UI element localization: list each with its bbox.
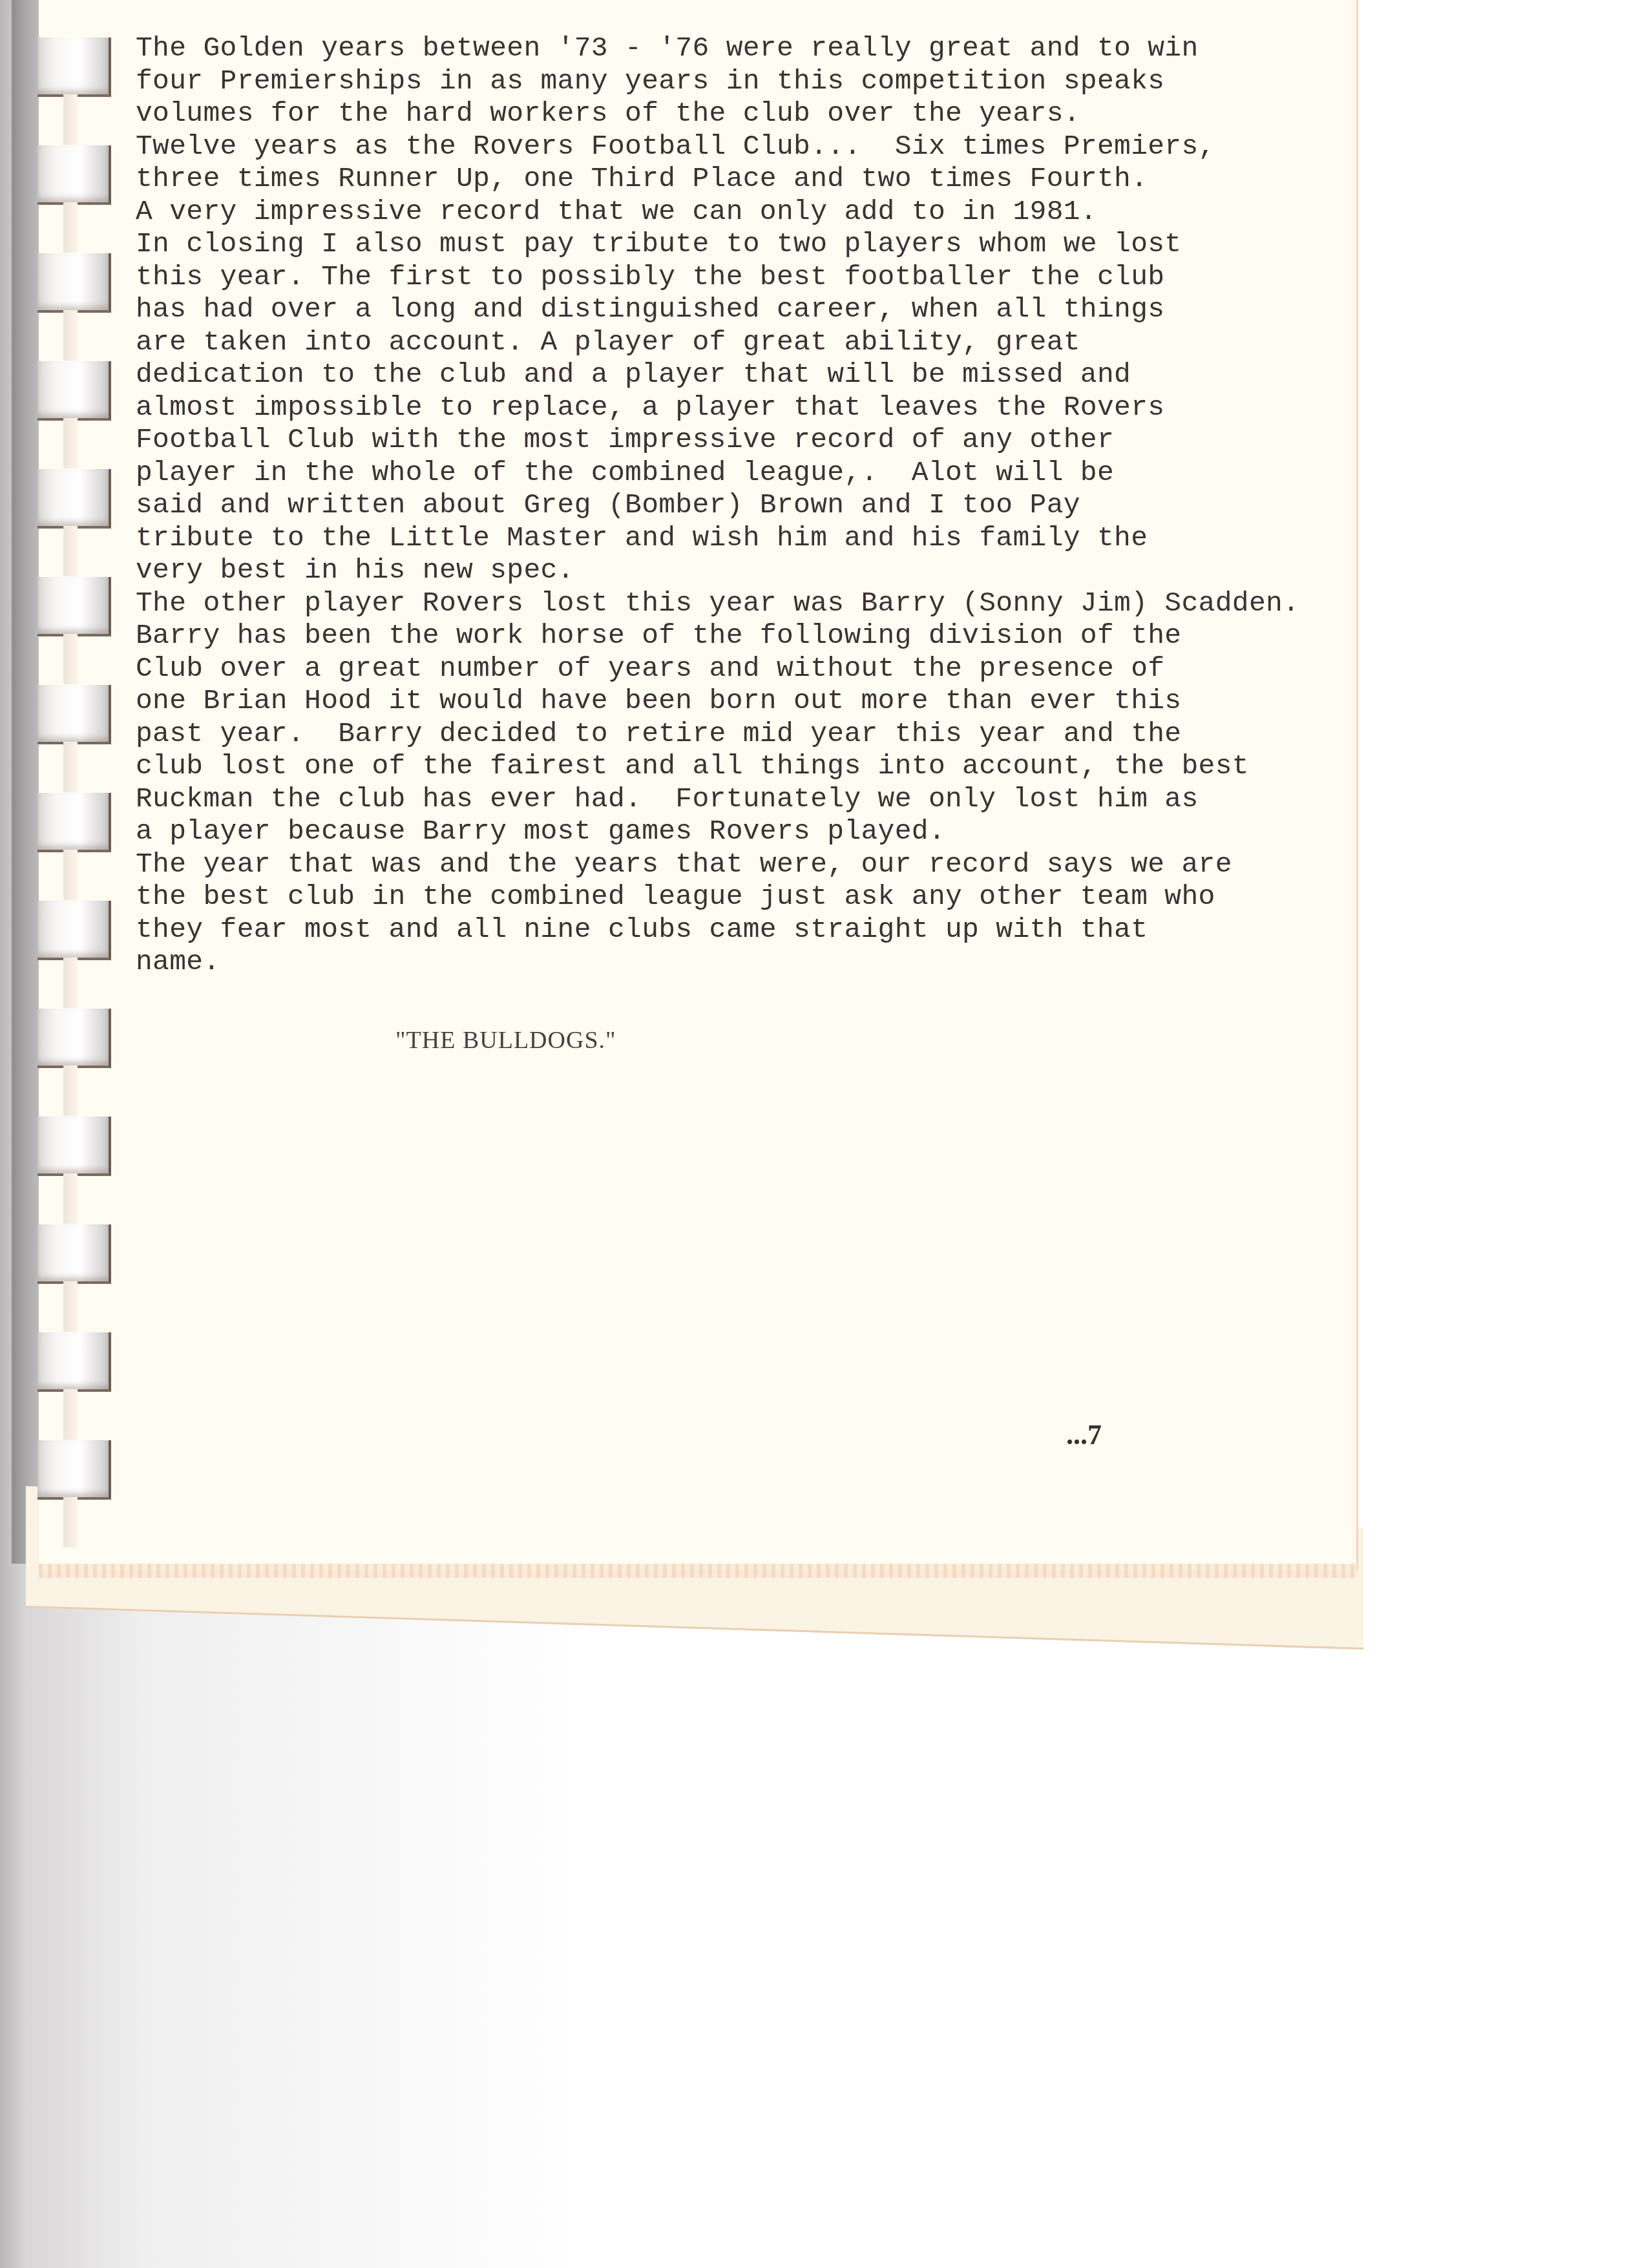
signoff: "THE BULLDOGS." xyxy=(395,1026,616,1055)
binding-tab-icon xyxy=(37,145,111,205)
text-line: very best in his new spec. xyxy=(136,554,1363,587)
comb-binding xyxy=(0,0,129,1577)
binding-tab-icon xyxy=(37,901,111,960)
text-line: dedication to the club and a player that… xyxy=(136,359,1363,392)
text-line: The year that was and the years that wer… xyxy=(136,848,1363,881)
text-line: said and written about Greg (Bomber) Bro… xyxy=(136,489,1363,522)
text-line: Twelve years as the Rovers Football Club… xyxy=(136,131,1363,163)
binding-tab-icon xyxy=(37,1440,111,1500)
binding-tab-icon xyxy=(37,1117,111,1176)
text-line: a player because Barry most games Rovers… xyxy=(136,815,1363,848)
binding-tab-icon xyxy=(37,1332,111,1392)
binding-tab-icon xyxy=(37,469,111,529)
text-line: Football Club with the most impressive r… xyxy=(136,424,1363,457)
text-line: Barry has been the work horse of the fol… xyxy=(136,620,1363,653)
page-bottom-edge xyxy=(39,1564,1357,1578)
text-line: are taken into account. A player of grea… xyxy=(136,326,1363,359)
text-line: almost impossible to replace, a player t… xyxy=(136,392,1363,425)
text-line: The Golden years between '73 - '76 were … xyxy=(136,32,1363,65)
text-line: one Brian Hood it would have been born o… xyxy=(136,685,1363,718)
text-line: past year. Barry decided to retire mid y… xyxy=(136,718,1363,751)
binding-tab-icon xyxy=(37,1009,111,1068)
text-line: the best club in the combined league jus… xyxy=(136,881,1363,914)
binding-tab-icon xyxy=(37,1224,111,1284)
binding-tab-icon xyxy=(37,37,111,97)
binding-tab-icon xyxy=(37,793,111,852)
text-line: player in the whole of the combined leag… xyxy=(136,457,1363,490)
text-line: Ruckman the club has ever had. Fortunate… xyxy=(136,783,1363,816)
binding-tab-icon xyxy=(37,685,111,744)
text-line: name. xyxy=(136,946,1363,979)
text-line: this year. The first to possibly the bes… xyxy=(136,261,1363,294)
text-line: In closing I also must pay tribute to tw… xyxy=(136,228,1363,261)
text-line: Club over a great number of years and wi… xyxy=(136,653,1363,686)
text-line: A very impressive record that we can onl… xyxy=(136,196,1363,229)
page-continuation-marker: ...7 xyxy=(1066,1418,1102,1451)
text-line: tribute to the Little Master and wish hi… xyxy=(136,522,1363,555)
text-line: volumes for the hard workers of the club… xyxy=(136,98,1363,131)
binding-tab-icon xyxy=(37,361,111,421)
text-line: three times Runner Up, one Third Place a… xyxy=(136,163,1363,196)
text-line: The other player Rovers lost this year w… xyxy=(136,587,1363,620)
body-text: The Golden years between '73 - '76 were … xyxy=(136,32,1363,979)
text-line: four Premierships in as many years in th… xyxy=(136,65,1363,98)
text-line: club lost one of the fairest and all thi… xyxy=(136,750,1363,783)
text-line: they fear most and all nine clubs came s… xyxy=(136,914,1363,947)
binding-tab-icon xyxy=(37,253,111,313)
text-line: has had over a long and distinguished ca… xyxy=(136,293,1363,326)
binding-tab-icon xyxy=(37,577,111,636)
